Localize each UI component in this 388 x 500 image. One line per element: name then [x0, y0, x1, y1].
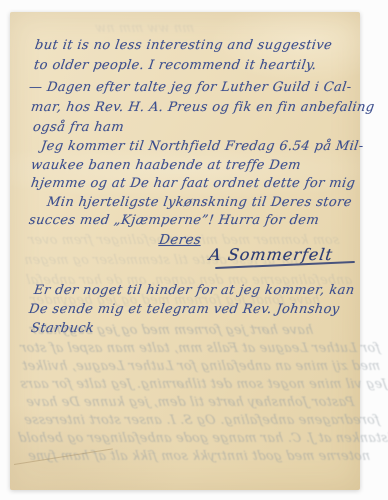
handwritten-line: Min hjerteligste lykønskning til Deres s… [46, 195, 353, 210]
handwritten-line: Jeg kommer til Northfield Fredag 6.54 på… [40, 139, 365, 154]
bleed-through-line: noterne med godt inntrykk som fikk alt a… [27, 448, 371, 463]
bleed-through-line: for Luther League at Falls mm, talte man… [19, 340, 381, 355]
postscript-line: De sende mig et telegram ved Rev. Johnsh… [28, 302, 341, 317]
handwritten-line: hjemme og at De har faat ordnet dette fo… [30, 176, 356, 191]
handwritten-line: waukee banen haabende at treffe Dem [30, 158, 302, 173]
bleed-through-line: mn ww mm nw [94, 20, 195, 35]
postscript-line: Er der noget til hinder for at jeg komme… [33, 283, 356, 298]
handwritten-line: også fra ham [32, 120, 125, 135]
handwritten-line: mar, hos Rev. H. A. Preus og fik en fin … [30, 100, 376, 115]
postscript-line: Starbuck [30, 321, 95, 336]
handwritten-line: succes med „Kjæmperne”! Hurra for dem [28, 213, 320, 228]
closing-word: Deres [158, 232, 202, 248]
signature: A Sommerfelt [208, 245, 334, 264]
handwritten-line: — Dagen efter talte jeg for Luther Guild… [28, 80, 353, 95]
handwritten-line: but it is no less interesting and sugges… [34, 38, 333, 53]
scan-background: mn ww mm nw som kommer med mine anbefali… [0, 0, 388, 500]
handwritten-line: to older people. I recommend it heartily… [33, 58, 318, 73]
bleed-through-line: mistanken at J. C. har mange gode anbefa… [17, 430, 388, 445]
bleed-through-line: Jeg vil mine noget som det tilhørning. J… [19, 376, 388, 391]
bleed-through-line: foredragene anbefaling. Og S. I. anser s… [23, 412, 380, 427]
bleed-through-line: med zij mine an anbefaling for Luther Le… [21, 358, 381, 373]
bleed-through-line: Pastor Johnshøy hørte til dem, jeg kunne… [25, 394, 355, 409]
letter-page: mn ww mm nw som kommer med mine anbefali… [10, 12, 360, 490]
